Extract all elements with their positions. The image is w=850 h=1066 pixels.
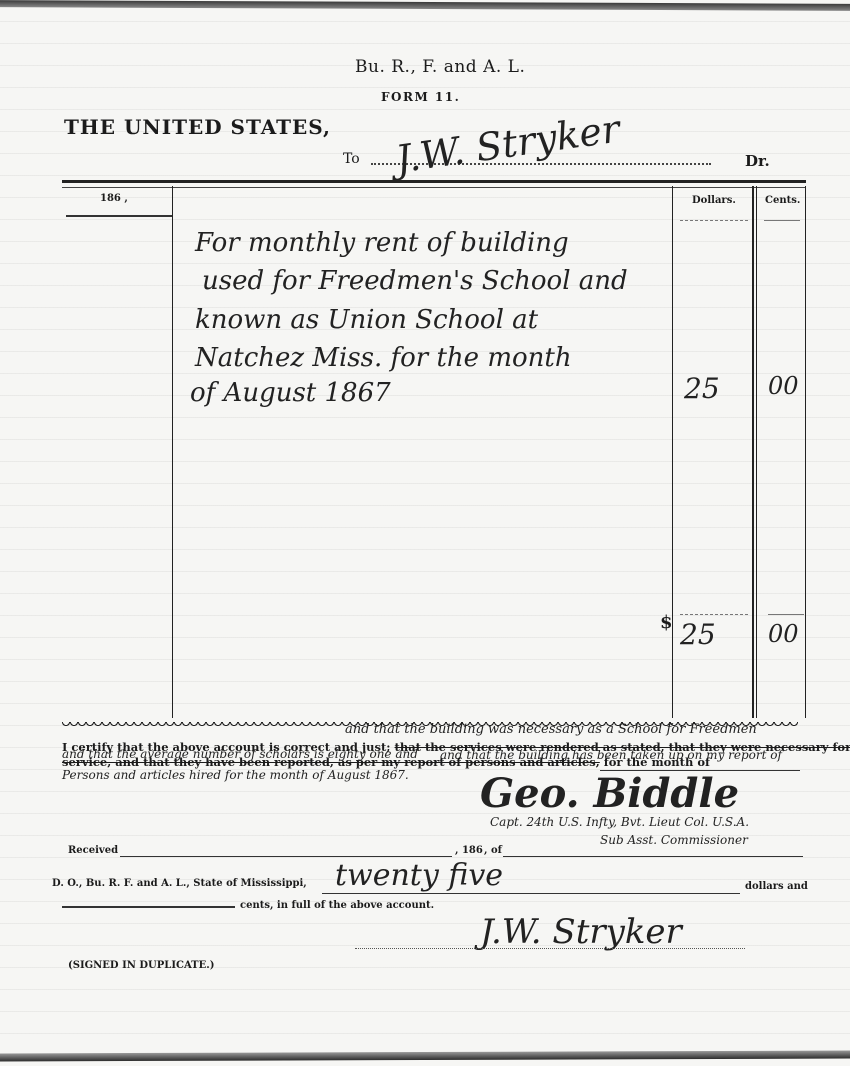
table-right-border	[805, 186, 806, 718]
date-header-rule	[66, 215, 172, 217]
item-cents: 00	[768, 372, 799, 400]
signed-in-duplicate-label: (SIGNED IN DUPLICATE.)	[68, 960, 214, 971]
amount-in-words: twenty five	[335, 858, 503, 893]
total-dollars: 25	[680, 618, 716, 651]
description-line: For monthly rent of building	[195, 228, 569, 258]
cert-handwritten-insert-3: Persons and articles hired for the month…	[62, 768, 409, 782]
cents-column-divider	[756, 186, 757, 718]
payee-signature: J.W. Stryker	[480, 912, 682, 952]
cents-column-double-divider	[752, 186, 754, 718]
cents-header: Cents.	[765, 195, 800, 206]
officer-position: Sub Asst. Commissioner	[600, 833, 748, 847]
received-year-label: , 186	[455, 845, 483, 856]
office-label: D. O., Bu. R. F. and A. L., State of Mis…	[52, 878, 307, 889]
signature-dotted-line	[355, 948, 745, 949]
dollars-header: Dollars.	[692, 195, 736, 206]
date-header: 186 ,	[100, 193, 128, 204]
received-of-label: , of	[484, 845, 502, 856]
description-line: of August 1867	[190, 378, 391, 408]
cert-line2-end: for the month of	[604, 755, 710, 769]
cents-blank-line	[62, 906, 235, 908]
certification-line-2: service, and that they have been reporte…	[62, 755, 710, 769]
description-line: known as Union School at	[195, 305, 538, 335]
cents-label: cents, in full of the above account.	[240, 900, 434, 911]
received-label: Received	[68, 845, 118, 856]
table-top-rule	[62, 180, 806, 188]
total-cents: 00	[768, 620, 799, 648]
item-dollars: 25	[684, 372, 720, 405]
total-dollar-sign: $	[660, 612, 673, 633]
dr-label: Dr.	[745, 152, 770, 170]
description-line: used for Freedmen's School and	[202, 266, 628, 296]
description-line: Natchez Miss. for the month	[195, 343, 572, 373]
dollars-header-rule	[680, 220, 748, 221]
cents-header-rule	[764, 220, 800, 221]
form-number: FORM 11.	[381, 90, 460, 104]
debtor-heading: THE UNITED STATES,	[64, 115, 331, 139]
total-cents-rule	[768, 614, 804, 615]
dollars-column-left-divider	[672, 186, 673, 718]
dollars-and-label: dollars and	[745, 881, 808, 892]
received-of-line	[503, 856, 803, 857]
officer-title: Capt. 24th U.S. Infty, Bvt. Lieut Col. U…	[490, 815, 749, 829]
total-dollars-rule	[680, 614, 748, 615]
cert-handwritten-addition: and that the building was necessary as a…	[345, 722, 757, 737]
date-column-divider	[172, 186, 173, 718]
to-label: To	[343, 151, 360, 167]
officer-signature: Geo. Biddle	[480, 770, 739, 817]
bureau-heading: Bu. R., F. and A. L.	[355, 57, 525, 77]
amount-words-line	[322, 893, 740, 894]
cert-line2-struck: service, and that they have been reporte…	[62, 755, 600, 769]
received-blank-line	[120, 856, 452, 857]
